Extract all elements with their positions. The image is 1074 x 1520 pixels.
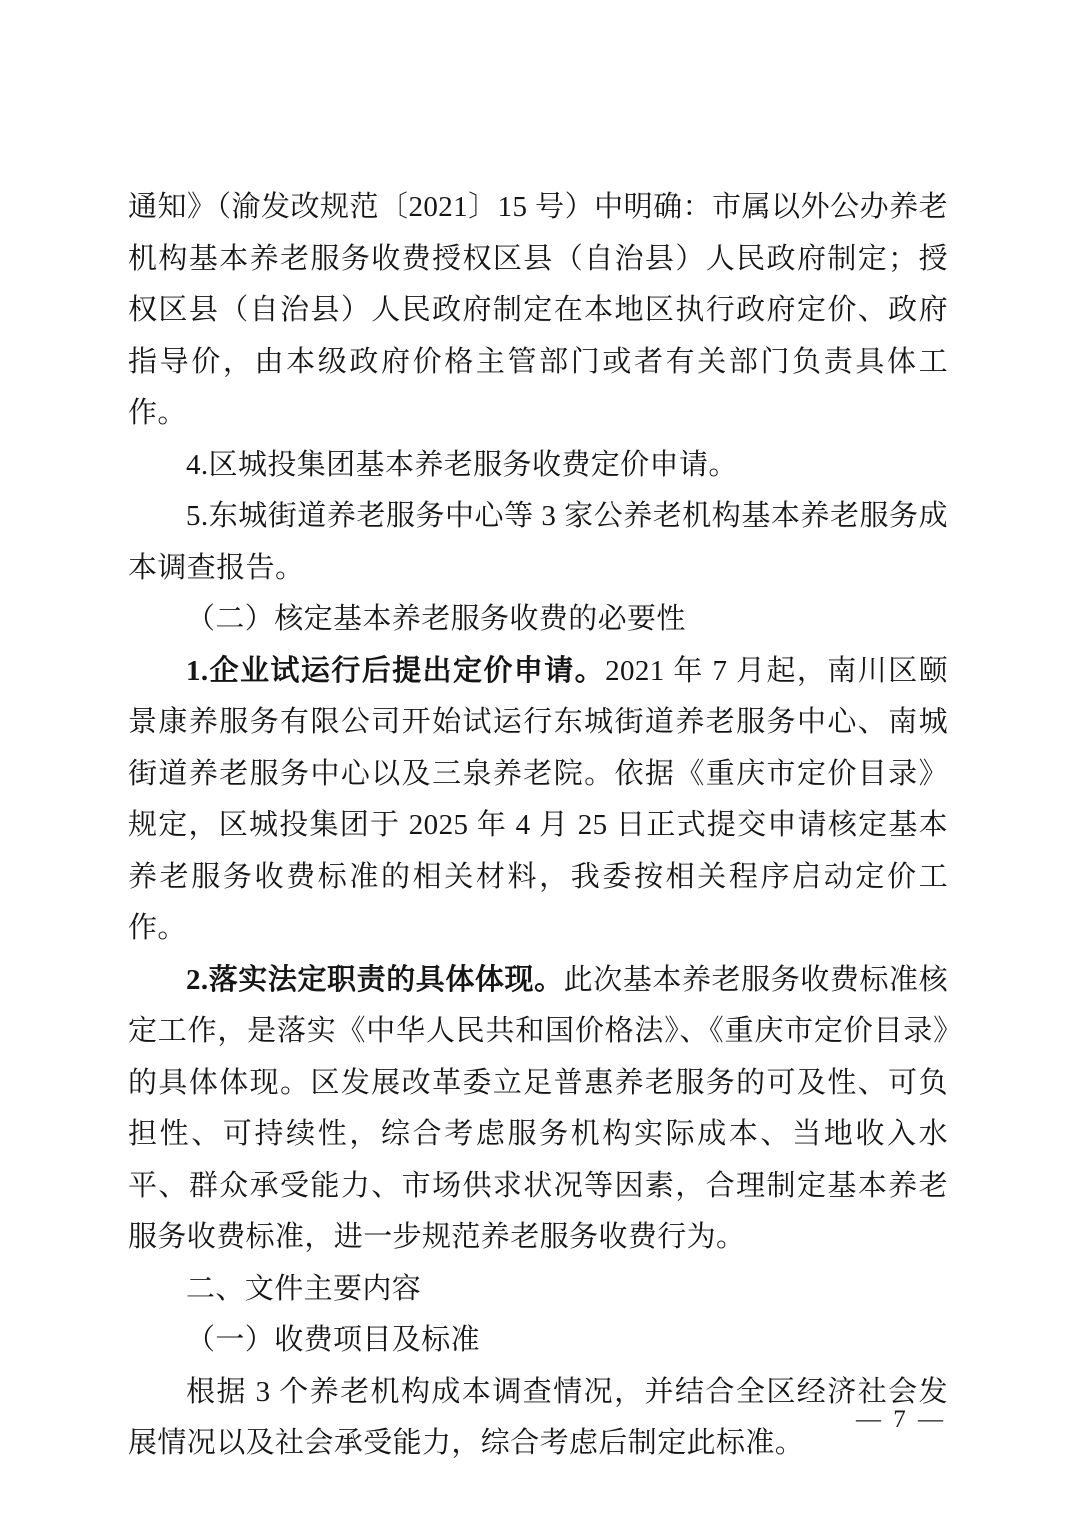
necessity-point-1: 1.企业试运行后提出定价申请。2021 年 7 月起，南川区颐景康养服务有限公司…: [128, 646, 948, 955]
document-page: 通知》（渝发改规范〔2021〕15 号）中明确：市属以外公办养老机构基本养老服务…: [0, 0, 1074, 1520]
subsection-heading-necessity: （二）核定基本养老服务收费的必要性: [128, 594, 948, 646]
standards-paragraph: 根据 3 个养老机构成本调查情况，并结合全区经济社会发展情况以及社会承受能力，综…: [128, 1367, 948, 1470]
necessity-point-2: 2.落实法定职责的具体体现。此次基本养老服务收费标准核定工作，是落实《中华人民共…: [128, 955, 948, 1264]
attachment-item-5: 5.东城街道养老服务中心等 3 家公养老机构基本养老服务成本调查报告。: [128, 491, 948, 594]
necessity-point-1-lead: 1.企业试运行后提出定价申请。: [186, 655, 605, 687]
continuation-paragraph: 通知》（渝发改规范〔2021〕15 号）中明确：市属以外公办养老机构基本养老服务…: [128, 182, 948, 440]
page-number: — 7 —: [856, 1406, 946, 1434]
section-heading-main-content: 二、文件主要内容: [128, 1264, 948, 1316]
attachment-item-4: 4.区城投集团基本养老服务收费定价申请。: [128, 440, 948, 492]
necessity-point-1-body: 2021 年 7 月起，南川区颐景康养服务有限公司开始试运行东城街道养老服务中心…: [128, 655, 948, 945]
necessity-point-2-body: 此次基本养老服务收费标准核定工作，是落实《中华人民共和国价格法》、《重庆市定价目…: [128, 964, 948, 1254]
subsection-heading-fee-items: （一）收费项目及标准: [128, 1315, 948, 1367]
document-body: 通知》（渝发改规范〔2021〕15 号）中明确：市属以外公办养老机构基本养老服务…: [128, 182, 948, 1470]
necessity-point-2-lead: 2.落实法定职责的具体体现。: [186, 964, 564, 996]
